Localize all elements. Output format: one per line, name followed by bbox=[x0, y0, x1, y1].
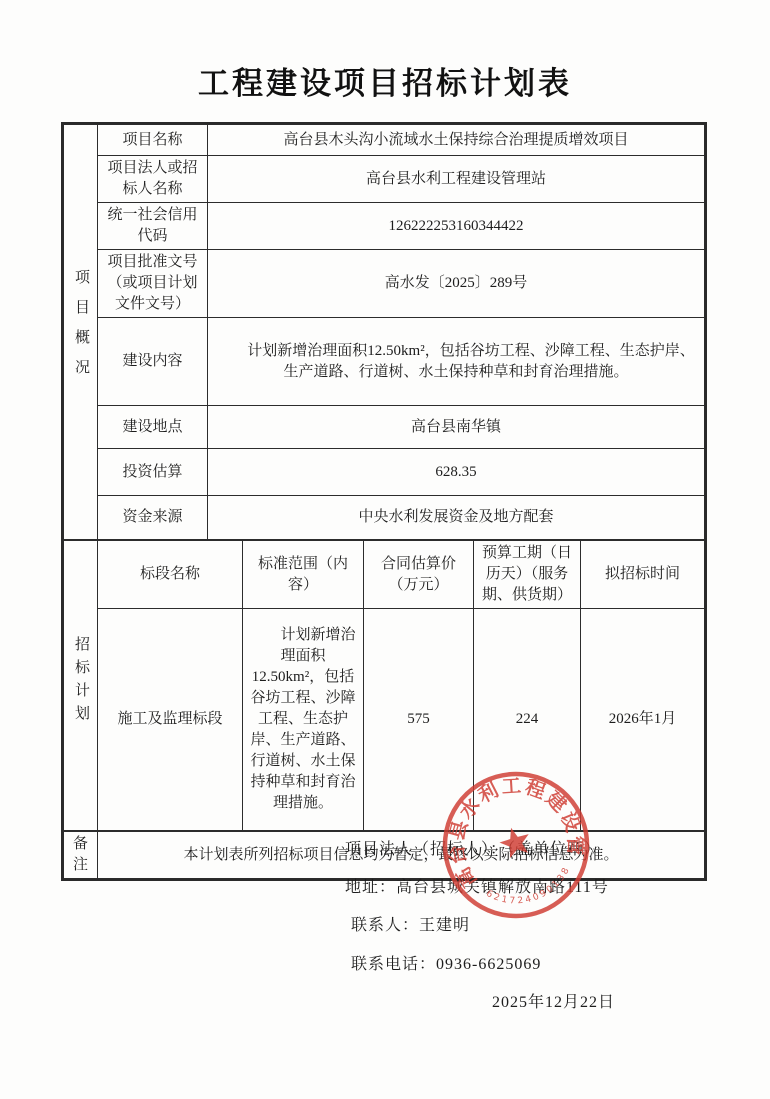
address-line: 地址：高台县城关镇解放南路111号 bbox=[345, 878, 715, 897]
bid-section-scope: 计划新增治理面积12.50km²，包括谷坊工程、沙障工程、生态护岸、生产道路、行… bbox=[243, 609, 364, 831]
section-label-bidding-plan-text: 招标计划 bbox=[70, 636, 91, 728]
field-value-construction-content: 计划新增治理面积12.50km²，包括谷坊工程、沙障工程、生态护岸、生产道路、行… bbox=[208, 318, 705, 406]
col-header-section-name: 标段名称 bbox=[98, 541, 243, 609]
footer-block: 项目法人（招标人）：（盖单位章） 地址：高台县城关镇解放南路111号 联系人：王… bbox=[345, 840, 715, 1031]
col-header-duration: 预算工期（日历天）（服务期、供货期） bbox=[474, 541, 581, 609]
contact-line: 联系人：王建明 bbox=[351, 916, 715, 935]
remark-label: 备注 bbox=[64, 832, 98, 879]
field-value-investment-estimate: 628.35 bbox=[208, 449, 705, 496]
field-value-approval-number: 高水发〔2025〕289号 bbox=[208, 250, 705, 318]
field-value-credit-code: 126222253160344422 bbox=[208, 203, 705, 250]
section-label-overview: 项目概况 bbox=[64, 125, 98, 540]
section-label-overview-text: 项目概况 bbox=[70, 269, 91, 389]
field-label-investment-estimate: 投资估算 bbox=[98, 449, 208, 496]
project-overview-table: 项目概况 项目名称 高台县木头沟小流域水土保持综合治理提质增效项目 项目法人或招… bbox=[63, 124, 705, 540]
bid-section-name: 施工及监理标段 bbox=[98, 609, 243, 831]
section-label-bidding-plan: 招标计划 bbox=[64, 541, 98, 831]
bidding-plan-table: 招标计划 标段名称 标准范围（内容） 合同估算价（万元） 预算工期（日历天）（服… bbox=[63, 540, 705, 831]
field-label-approval-number: 项目批准文号（或项目计划文件文号） bbox=[98, 250, 208, 318]
bid-section-time: 2026年1月 bbox=[581, 609, 705, 831]
field-value-location: 高台县南华镇 bbox=[208, 406, 705, 449]
document-page: 工程建设项目招标计划表 项目概况 项目名称 高台县木头沟小流域水土保持综合治理提… bbox=[0, 0, 770, 1099]
page-title: 工程建设项目招标计划表 bbox=[0, 58, 770, 103]
bidding-plan-row: 施工及监理标段 计划新增治理面积12.50km²，包括谷坊工程、沙障工程、生态护… bbox=[64, 609, 705, 831]
bid-section-price: 575 bbox=[364, 609, 474, 831]
col-header-bid-time: 拟招标时间 bbox=[581, 541, 705, 609]
date-line: 2025年12月22日 bbox=[492, 993, 715, 1012]
bid-section-duration: 224 bbox=[474, 609, 581, 831]
phone-line: 联系电话：0936-6625069 bbox=[351, 955, 715, 974]
field-label-location: 建设地点 bbox=[98, 406, 208, 449]
field-label-funding-source: 资金来源 bbox=[98, 496, 208, 540]
main-table: 项目概况 项目名称 高台县木头沟小流域水土保持综合治理提质增效项目 项目法人或招… bbox=[61, 122, 707, 881]
field-label-legal-person: 项目法人或招标人名称 bbox=[98, 156, 208, 203]
col-header-contract-price: 合同估算价（万元） bbox=[364, 541, 474, 609]
field-value-legal-person: 高台县水利工程建设管理站 bbox=[208, 156, 705, 203]
legal-person-line: 项目法人（招标人）：（盖单位章） bbox=[345, 840, 715, 859]
field-value-funding-source: 中央水利发展资金及地方配套 bbox=[208, 496, 705, 540]
field-value-project-name: 高台县木头沟小流域水土保持综合治理提质增效项目 bbox=[208, 125, 705, 156]
field-label-project-name: 项目名称 bbox=[98, 125, 208, 156]
field-label-construction-content: 建设内容 bbox=[98, 318, 208, 406]
col-header-scope: 标准范围（内容） bbox=[243, 541, 364, 609]
field-label-credit-code: 统一社会信用代码 bbox=[98, 203, 208, 250]
